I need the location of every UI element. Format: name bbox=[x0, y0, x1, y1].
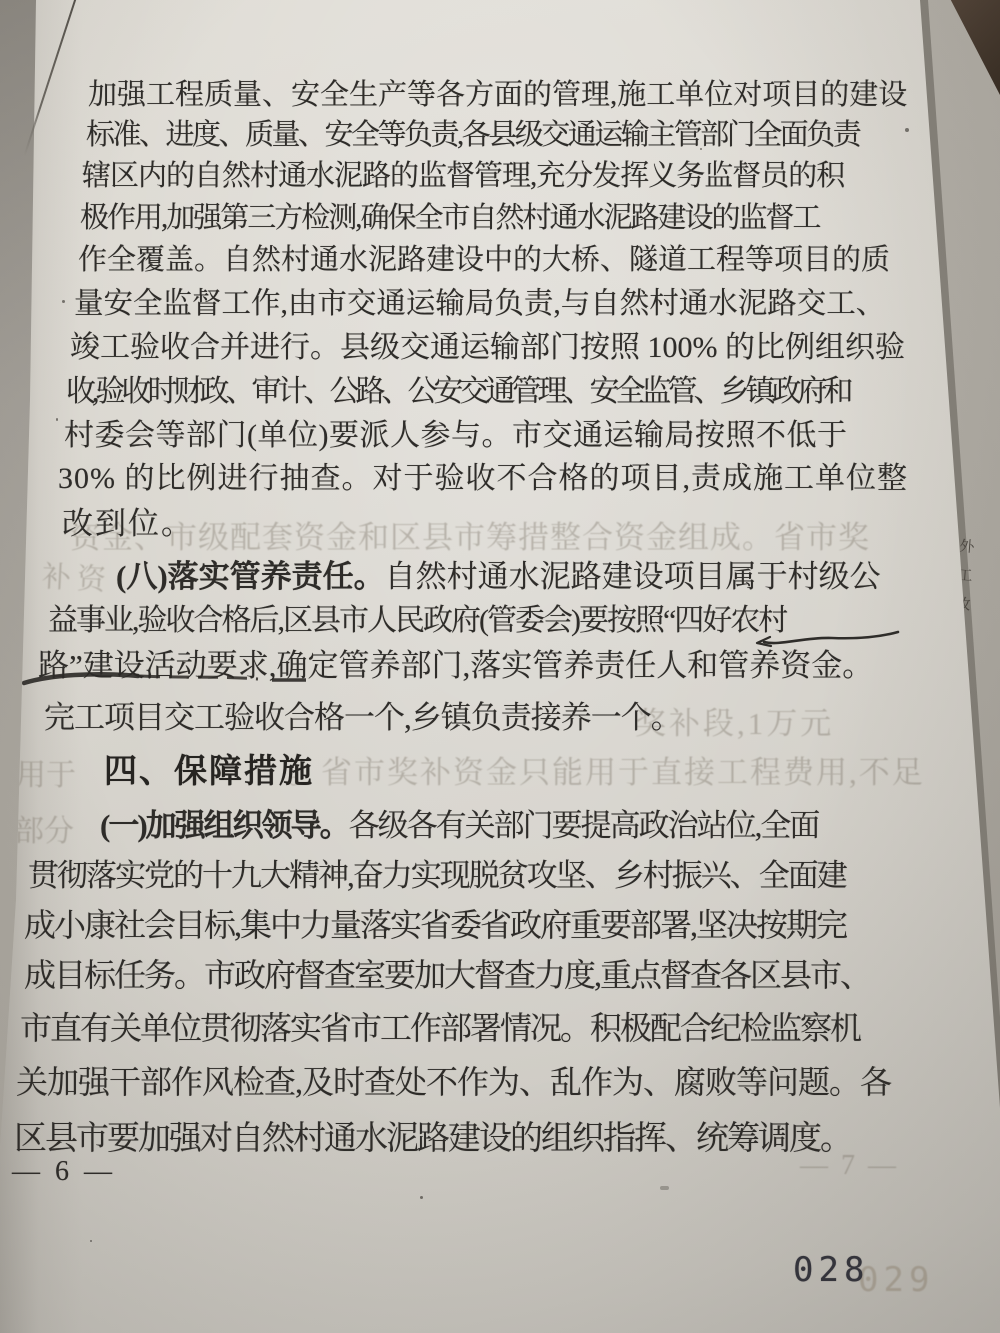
text-line: 关加强干部作风检查,及时查处不作为、乱作为、腐败等问题。各 bbox=[16, 1057, 891, 1103]
item-8-body: 自然村通水泥路建设项目属于村级公 bbox=[385, 559, 881, 594]
showthrough-text: 补资 bbox=[41, 554, 113, 599]
item-1-body: 各级各有关部门要提高政治站位,全面 bbox=[349, 808, 819, 843]
text-line: 完工项目交工验收合格一个,乡镇负责接养一个。 bbox=[44, 692, 681, 737]
dust-speck bbox=[62, 300, 65, 303]
text-line: 收,验收时财政、审计、公路、公安交通管理、安全监管、乡镇政府和 bbox=[66, 366, 850, 410]
document-page: 资金、市级配套资金和区县市筹措整合资金组成。省市奖 补资 奖补段,1万元 。省市… bbox=[0, 0, 1000, 1333]
text-line: 市直有关单位贯彻落实省市工作部署情况。积极配合纪检监察机 bbox=[20, 1003, 860, 1049]
text-line: 改到位。 bbox=[62, 498, 194, 543]
text-line: (八)落实管养责任。自然村通水泥路建设项目属于村级公 bbox=[116, 551, 881, 596]
dust-speck bbox=[420, 1196, 423, 1199]
item-1-title: (一)加强组织领导。 bbox=[100, 808, 349, 843]
ink-dot bbox=[905, 128, 909, 132]
showthrough-text: 部分 bbox=[14, 806, 74, 850]
showthrough-text: 用于 bbox=[16, 750, 76, 794]
text-line: 区县市要加强对自然村通水泥路建设的组织指挥、统筹调度。 bbox=[14, 1112, 851, 1159]
text-line: 加强工程质量、安全生产等各方面的管理,施工单位对项目的建设 bbox=[88, 72, 907, 113]
text-line: 量安全监督工作,由市交通运输局负责,与自然村通水泥路交工、 bbox=[74, 280, 885, 322]
text-line: (一)加强组织领导。各级各有关部门要提高政治站位,全面 bbox=[100, 800, 818, 845]
text-line: 村委会等部门(单位)要派人参与。市交通运输局按照不低于 bbox=[64, 410, 847, 454]
page-number: — 6 — bbox=[12, 1156, 116, 1188]
dust-speck bbox=[90, 1240, 92, 1242]
text-line: 标准、进度、质量、安全等负责,各县级交通运输主管部门全面负责 bbox=[86, 112, 859, 153]
dust-speck bbox=[520, 432, 522, 434]
wavy-underline-annotation bbox=[752, 628, 904, 652]
text-line: 极作用,加强第三方检测,确保全市自然村通水泥路建设的监督工 bbox=[80, 195, 820, 236]
dust-speck bbox=[56, 418, 58, 421]
dust-speck bbox=[700, 148, 702, 150]
text-line: 作全覆盖。自然村通水泥路建设中的大桥、隧道工程等项目的质 bbox=[78, 237, 890, 278]
text-line: 30% 的比例进行抽查。对于验收不合格的项目,责成施工单位整 bbox=[58, 453, 908, 497]
item-8-title: (八)落实管养责任。 bbox=[116, 559, 385, 594]
smudge-mark bbox=[660, 1186, 669, 1190]
stamp-number: 028 bbox=[793, 1250, 869, 1290]
pen-line-annotation bbox=[20, 668, 320, 692]
ghost-stamp-number: 029 bbox=[858, 1260, 934, 1300]
text-line: 竣工验收合并进行。县级交通运输部门按照 100% 的比例组织验 bbox=[70, 322, 905, 366]
text-line: 成小康社会目标,集中力量落实省委省政府重要部署,坚决按期完 bbox=[24, 900, 846, 946]
text-line: 成目标任务。市政府督查室要加大督查力度,重点督查各区县市、 bbox=[24, 950, 870, 996]
photo-of-document: 外工改 资金、市级配套资金和区县市筹措整合资金组成。省市奖 补资 奖补段,1万元… bbox=[0, 0, 1000, 1333]
section-heading: 四、保障措施 bbox=[104, 745, 314, 792]
showthrough-text: 。省市奖补资金只能用于直接工程费用,不足 bbox=[288, 747, 925, 792]
text-line: 辖区内的自然村通水泥路的监督管理,充分发挥义务监督员的积 bbox=[82, 153, 844, 194]
text-line: 益事业,验收合格后,区县市人民政府(管委会)要按照“四好农村 bbox=[48, 595, 786, 639]
text-line: 贯彻落实党的十九大精神,奋力实现脱贫攻坚、乡村振兴、全面建 bbox=[28, 850, 846, 895]
